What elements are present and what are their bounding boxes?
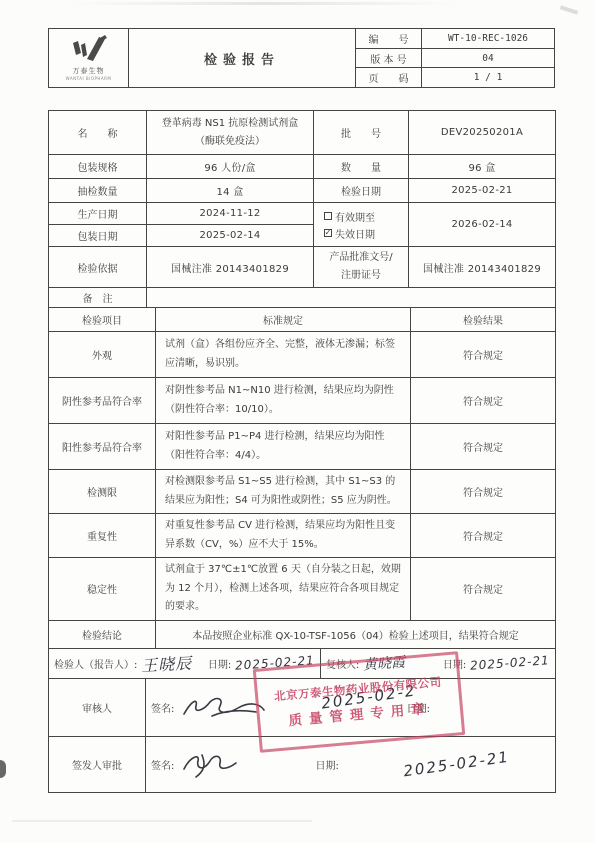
version-label: 版 本 号 [356,49,422,68]
product-name-value: 登革病毒 NS1 抗原检测试剂盒 （酶联免疫法） [147,111,314,155]
issuer-row: 签发人审批 签名: 日期: 2025-02-21 [49,736,556,792]
item-name: 检测限 [49,470,156,514]
reviewer-date-label: 日期: [443,656,466,671]
packaging-date-label: 包装日期 [49,225,147,247]
inspection-basis-label: 检验依据 [49,247,147,288]
issuer-cell: 签名: 日期: 2025-02-21 [146,736,556,792]
expiry-date-value: 2026-02-14 [409,203,556,247]
sample-qty-label: 抽检数量 [49,179,147,203]
page-number-label: 页 码 [356,68,422,87]
reviewer-label: 复核人: [326,656,359,671]
column-header-item: 检验项目 [49,308,156,332]
table-row-appearance: 外观 试剂（盒）各组份应齐全、完整，液体无渗漏；标签应清晰，易识别。 符合规定 [49,332,556,378]
issuer-sign-label: 签名: [151,757,174,772]
scan-artifact [0,760,6,778]
expiry-date-option-label: 失效日期 [335,226,375,241]
reviewer-cell: 复核人: 黄晓霞 日期: 2025-02-21 [321,648,556,678]
report-document: 万泰生物 WANTAI BIOPHARM 检验报告 编 号 WT-10-REC-… [48,28,555,793]
valid-until-option: 有效期至 [324,209,403,224]
doc-number-label: 编 号 [356,29,422,48]
remark-label: 备 注 [49,288,147,308]
production-date-value: 2024-11-12 [147,203,314,225]
item-name: 重复性 [49,514,156,558]
expiry-date-option: ✓ 失效日期 [324,226,403,241]
reviewer-signature: 黄晓霞 [363,652,406,675]
wantai-logo-icon [69,35,109,65]
scan-artifact [12,820,312,822]
table-row: 备 注 [49,288,556,308]
checkbox-checked-icon: ✓ [324,229,332,237]
item-result: 符合规定 [411,378,556,424]
item-spec: 试剂盒于 37℃±1℃放置 6 天（自分装之日起，效期为 12 个月），检测上述… [156,558,411,621]
doc-number-value: WT-10-REC-1026 [422,29,554,48]
batch-label: 批 号 [314,111,409,155]
product-name-label: 名 称 [49,111,147,155]
conclusion-label: 检验结论 [49,620,156,648]
table-row-detection-limit: 检测限 对检测限参考品 S1~S5 进行检测，其中 S1~S3 的结果应为阳性；… [49,470,556,514]
issuer-signature-scribble [178,749,242,779]
meta-row-doc-number: 编 号 WT-10-REC-1026 [356,29,554,49]
item-result: 符合规定 [411,470,556,514]
item-result: 符合规定 [411,424,556,470]
inspection-basis-value: 国械注准 20143401829 [147,247,314,288]
logo-brand-en: WANTAI BIOPHARM [66,76,112,81]
inspection-date-label: 检验日期 [314,179,409,203]
sample-qty-value: 14 盒 [147,179,314,203]
item-spec: 对检测限参考品 S1~S5 进行检测，其中 S1~S3 的结果应为阳性；S4 可… [156,470,411,514]
item-name: 外观 [49,332,156,378]
inspector-cell: 检验人（报告人）: 王晓辰 日期: 2025-02-21 [49,648,321,678]
page-number-value: 1 / 1 [422,68,554,87]
issuer-label: 签发人审批 [49,736,146,792]
meta-row-version: 版 本 号 04 [356,49,554,69]
checkbox-unchecked-icon [324,212,332,220]
issuer-date-label: 日期: [315,757,338,772]
expiry-type-cell: 有效期至 ✓ 失效日期 [314,203,409,247]
conclusion-row: 检验结论 本品按照企业标准 QX-10-TSF-1056（04）检验上述项目，结… [49,620,556,648]
valid-until-label: 有效期至 [335,209,375,224]
auditor-label: 审核人 [49,678,146,736]
item-result: 符合规定 [411,332,556,378]
inspector-row: 检验人（报告人）: 王晓辰 日期: 2025-02-21 复核人: 黄晓霞 日期… [49,648,556,678]
inspector-label: 检验人（报告人）: [54,656,137,671]
auditor-cell: 签名: 日期: 2025-02-2 [146,678,556,736]
items-header-row: 检验项目 标准规定 检验结果 [49,308,556,332]
report-header: 万泰生物 WANTAI BIOPHARM 检验报告 编 号 WT-10-REC-… [48,28,555,88]
logo-brand-cn: 万泰生物 [73,66,105,76]
pack-spec-label: 包装规格 [49,155,147,179]
item-name: 阴性参考品符合率 [49,378,156,424]
auditor-date-label: 日期: [407,700,430,715]
table-row-negative-reference: 阴性参考品符合率 对阴性参考品 N1~N10 进行检测，结果应均为阴性（阴性符合… [49,378,556,424]
issuer-date-value: 2025-02-21 [402,748,511,781]
production-date-label: 生产日期 [49,203,147,225]
column-header-spec: 标准规定 [156,308,411,332]
scan-artifact [560,5,578,14]
inspector-date-label: 日期: [208,656,231,671]
item-spec: 对重复性参考品 CV 进行检测，结果应均为阳性且变异系数（CV，%）应不大于 1… [156,514,411,558]
quantity-value: 96 盒 [409,155,556,179]
auditor-row: 审核人 签名: 日期: 2025-02-2 [49,678,556,736]
title-cell: 检验报告 [129,29,356,87]
test-items-table: 检验项目 标准规定 检验结果 外观 试剂（盒）各组份应齐全、完整，液体无渗漏；标… [48,307,556,649]
table-row: 名 称 登革病毒 NS1 抗原检测试剂盒 （酶联免疫法） 批 号 DEV2025… [49,111,556,155]
quantity-label: 数 量 [314,155,409,179]
table-row: 包装规格 96 人份/盒 数 量 96 盒 [49,155,556,179]
reviewer-date-value: 2025-02-21 [470,653,551,673]
wantai-logo: 万泰生物 WANTAI BIOPHARM [49,29,129,87]
item-result: 符合规定 [411,514,556,558]
remark-value [147,288,556,308]
item-spec: 试剂（盒）各组份应齐全、完整，液体无渗漏；标签应清晰，易识别。 [156,332,411,378]
item-spec: 对阴性参考品 N1~N10 进行检测，结果应均为阴性（阴性符合率：10/10）。 [156,378,411,424]
packaging-date-value: 2025-02-14 [147,225,314,247]
table-row-positive-reference: 阳性参考品符合率 对阳性参考品 P1~P4 进行检测，结果应均为阳性（阳性符合率… [49,424,556,470]
item-result: 符合规定 [411,558,556,621]
table-row-stability: 稳定性 试剂盒于 37℃±1℃放置 6 天（自分装之日起，效期为 12 个月），… [49,558,556,621]
item-name: 稳定性 [49,558,156,621]
version-value: 04 [422,49,554,68]
scanned-inspection-report-page: 万泰生物 WANTAI BIOPHARM 检验报告 编 号 WT-10-REC-… [0,0,595,842]
product-info-table: 名 称 登革病毒 NS1 抗原检测试剂盒 （酶联免疫法） 批 号 DEV2025… [48,110,556,308]
meta-row-page: 页 码 1 / 1 [356,68,554,87]
registration-value: 国械注准 20143401829 [409,247,556,288]
scan-artifact [70,2,460,5]
auditor-sign-label: 签名: [151,700,174,715]
column-header-result: 检验结果 [411,308,556,332]
auditor-signature-scribble [178,692,270,722]
item-name: 阳性参考品符合率 [49,424,156,470]
table-row: 检验依据 国械注准 20143401829 产品批准文号/ 注册证号 国械注准 … [49,247,556,288]
table-row: 抽检数量 14 盒 检验日期 2025-02-21 [49,179,556,203]
pack-spec-value: 96 人份/盒 [147,155,314,179]
table-row: 生产日期 2024-11-12 有效期至 ✓ 失效日期 2026-02-14 [49,203,556,225]
inspector-signature: 王晓辰 [141,650,193,676]
inspector-date-value: 2025-02-21 [235,653,316,673]
batch-value: DEV20250201A [409,111,556,155]
registration-label: 产品批准文号/ 注册证号 [314,247,409,288]
inspection-date-value: 2025-02-21 [409,179,556,203]
conclusion-text: 本品按照企业标准 QX-10-TSF-1056（04）检验上述项目，结果符合规定 [156,620,556,648]
page-title: 检验报告 [204,49,280,68]
header-meta-table: 编 号 WT-10-REC-1026 版 本 号 04 页 码 1 / 1 [356,29,554,87]
signature-table: 检验人（报告人）: 王晓辰 日期: 2025-02-21 复核人: 黄晓霞 日期… [48,648,556,793]
item-spec: 对阳性参考品 P1~P4 进行检测，结果应均为阳性（阳性符合率：4/4）。 [156,424,411,470]
table-row-repeatability: 重复性 对重复性参考品 CV 进行检测，结果应均为阳性且变异系数（CV，%）应不… [49,514,556,558]
